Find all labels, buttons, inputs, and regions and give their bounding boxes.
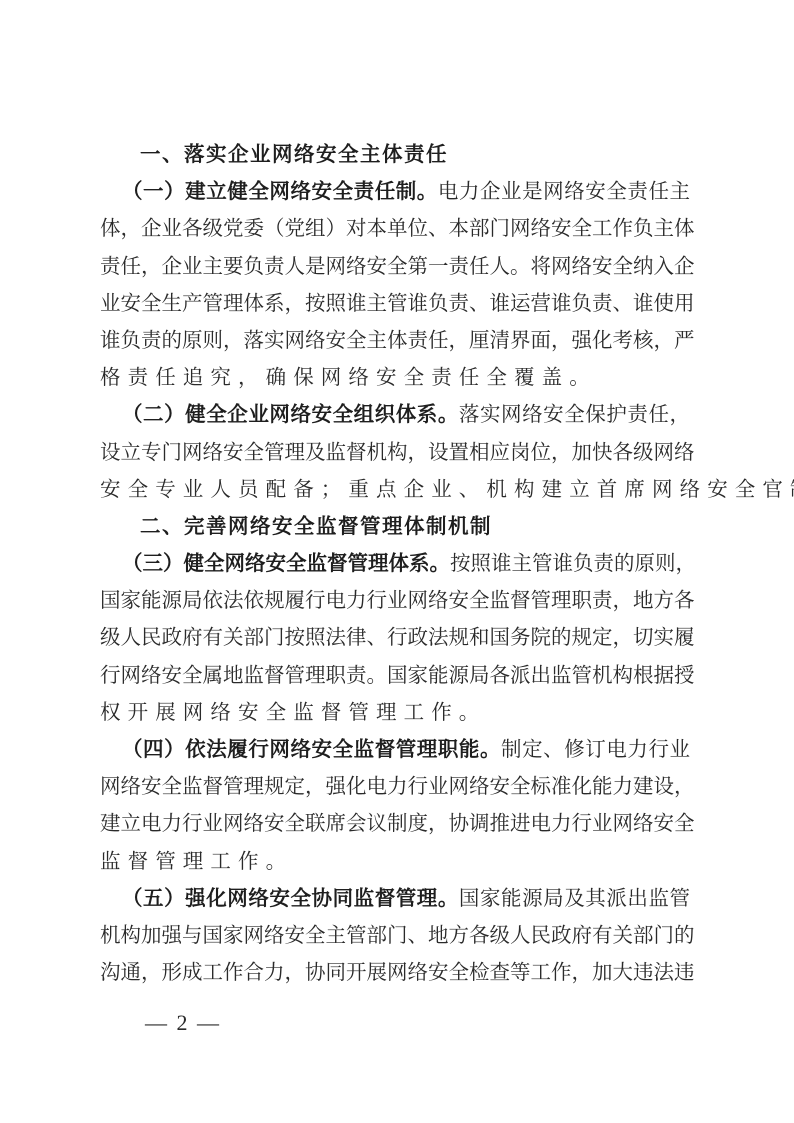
paragraph-1-line-4: 业安全生产管理体系，按照谁主管谁负责、谁运营谁负责、谁使用 [100,285,690,322]
section-heading-1: 一、落实企业网络安全主体责任 [100,136,690,173]
paragraph-5-line-3: 沟通，形成工作合力，协同开展网络安全检查等工作，加大违法违 [100,954,690,991]
paragraph-1-text: 电力企业是网络安全责任主 [438,179,690,203]
paragraph-3-line-5: 权开展网络安全监督管理工作。 [100,694,690,731]
paragraph-3-line-4: 行网络安全属地监督管理职责。国家能源局各派出监管机构根据授 [100,657,690,694]
paragraph-5-line-1: （五）强化网络安全协同监督管理。国家能源局及其派出监管 [100,880,690,917]
paragraph-2-line-1: （二）健全企业网络安全组织体系。落实网络安全保护责任， [100,396,690,433]
paragraph-1-line-2: 体，企业各级党委（党组）对本单位、本部门网络安全工作负主体 [100,210,690,247]
document-page: 一、落实企业网络安全主体责任 （一）建立健全网络安全责任制。电力企业是网络安全责… [100,136,690,991]
paragraph-2-line-3: 安全专业人员配备；重点企业、机构建立首席网络安全官制度。 [100,471,690,508]
paragraph-4-line-4: 监督管理工作。 [100,843,690,880]
paragraph-4-line-1: （四）依法履行网络安全监督管理职能。制定、修订电力行业 [100,731,690,768]
paragraph-1-line-6: 格责任追究，确保网络安全责任全覆盖。 [100,359,690,396]
paragraph-2-text: 落实网络安全保护责任， [459,402,690,426]
paragraph-3-title: （三）健全网络安全监督管理体系。 [122,551,450,575]
paragraph-3-line-2: 国家能源局依法依规履行电力行业网络安全监督管理职责，地方各 [100,582,690,619]
paragraph-5-text: 国家能源局及其派出监管 [459,886,690,910]
section-heading-2: 二、完善网络安全监督管理体制机制 [100,508,690,545]
paragraph-4-title: （四）依法履行网络安全监督管理职能。 [122,737,501,761]
paragraph-3-line-3: 级人民政府有关部门按照法律、行政法规和国务院的规定，切实履 [100,619,690,656]
paragraph-4-line-3: 建立电力行业网络安全联席会议制度，协调推进电力行业网络安全 [100,805,690,842]
paragraph-3-text: 按照谁主管谁负责的原则， [450,551,696,575]
paragraph-4-line-2: 网络安全监督管理规定，强化电力行业网络安全标准化能力建设， [100,768,690,805]
paragraph-5-title: （五）强化网络安全协同监督管理。 [122,886,459,910]
paragraph-4-text: 制定、修订电力行业 [501,737,690,761]
paragraph-1-title: （一）建立健全网络安全责任制。 [122,179,438,203]
paragraph-1-line-5: 谁负责的原则，落实网络安全主体责任，厘清界面，强化考核，严 [100,322,690,359]
paragraph-2-line-2: 设立专门网络安全管理及监督机构，设置相应岗位，加快各级网络 [100,434,690,471]
paragraph-3-line-1: （三）健全网络安全监督管理体系。按照谁主管谁负责的原则， [100,545,690,582]
paragraph-2-title: （二）健全企业网络安全组织体系。 [122,402,459,426]
paragraph-1-line-1: （一）建立健全网络安全责任制。电力企业是网络安全责任主 [100,173,690,210]
paragraph-5-line-2: 机构加强与国家网络安全主管部门、地方各级人民政府有关部门的 [100,917,690,954]
page-number: — 2 — [145,1010,221,1036]
paragraph-1-line-3: 责任，企业主要负责人是网络安全第一责任人。将网络安全纳入企 [100,248,690,285]
